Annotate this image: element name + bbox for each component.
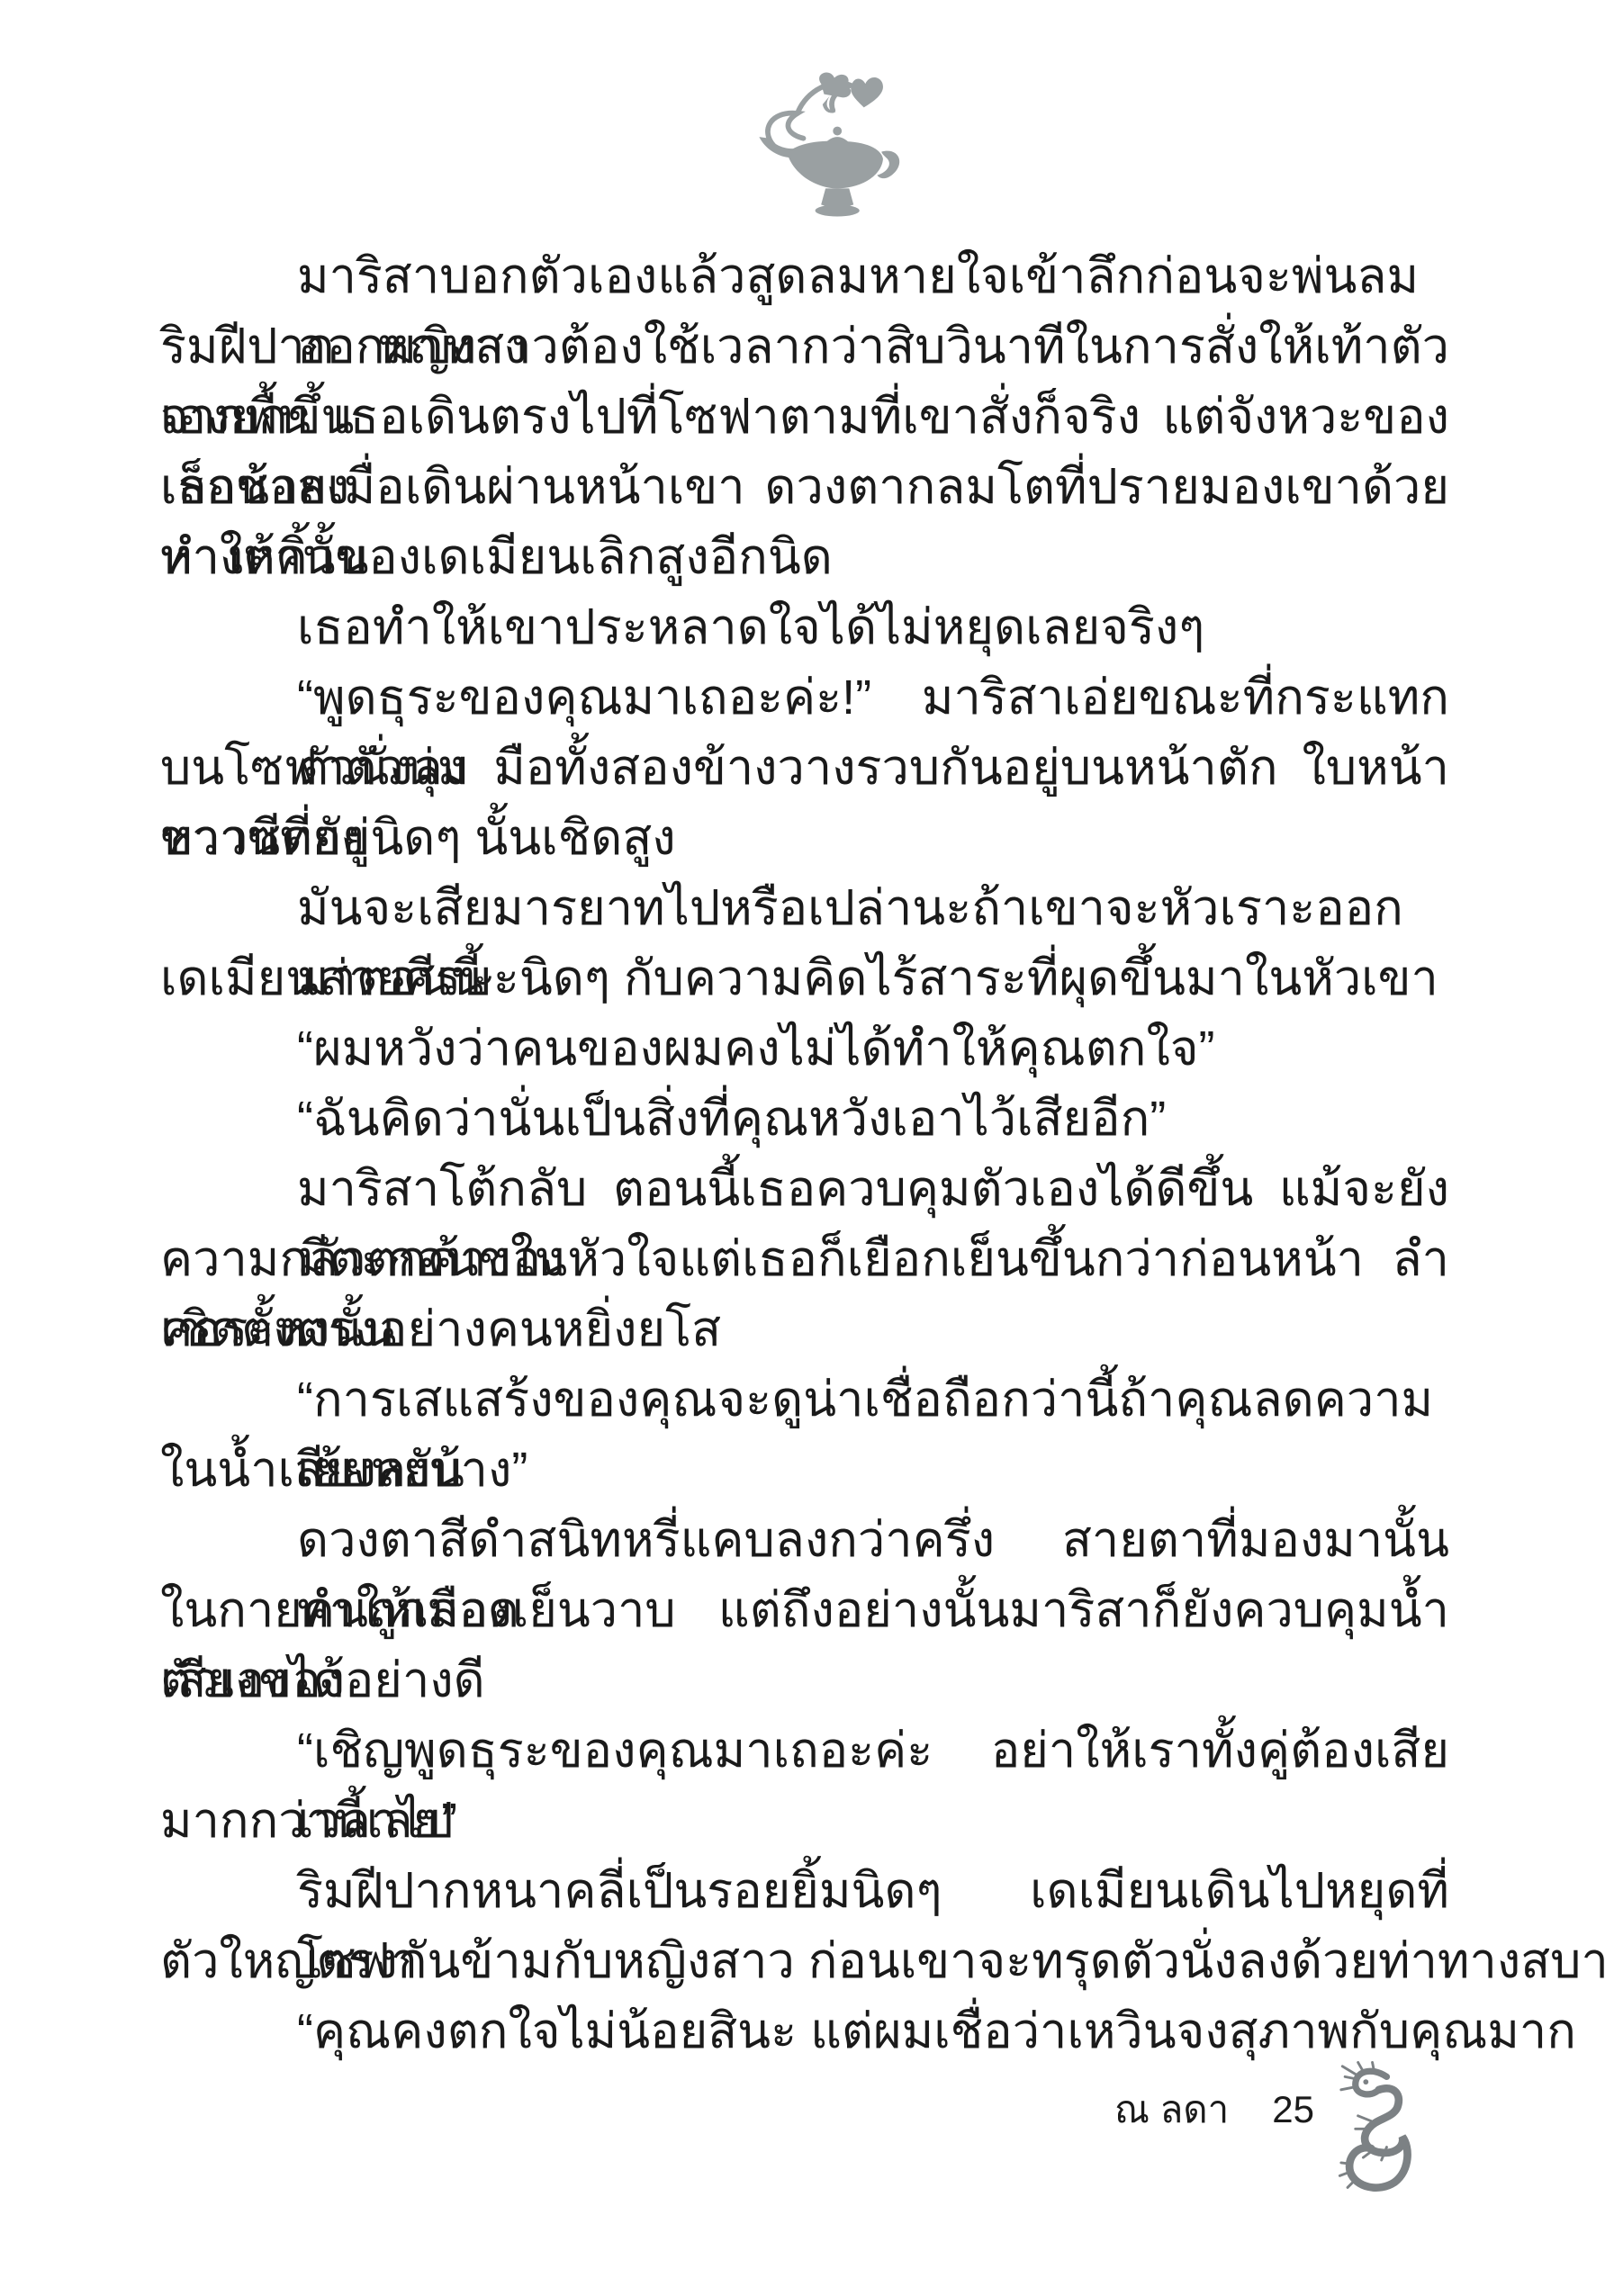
paragraph: “พูดธุระของคุณมาเถอะค่ะ!” มาริสาเอ่ยขณะท… bbox=[160, 662, 1449, 873]
text-line: บนโซฟาตัวนุ่ม มือทั้งสองข้างวางรวบกันอยู… bbox=[160, 733, 1449, 803]
paragraph: “ผมหวังว่าคนของผมคงไม่ได้ทำให้คุณตกใจ” bbox=[160, 1013, 1449, 1084]
text-line: ทำให้คิ้วของเดเมียนเลิกสูงอีกนิด bbox=[160, 522, 1449, 592]
page-text: มาริสาบอกตัวเองแล้วสูดลมหายใจเข้าลึกก่อน… bbox=[160, 241, 1449, 2066]
text-line: “พูดธุระของคุณมาเถอะค่ะ!” มาริสาเอ่ยขณะท… bbox=[160, 662, 1449, 733]
paragraph: “เชิญพูดธุระของคุณมาเถอะค่ะ อย่าให้เราทั… bbox=[160, 1715, 1449, 1856]
paragraph: ริมฝีปากหนาคลี่เป็นรอยยิ้มนิดๆ เดเมียนเด… bbox=[160, 1856, 1449, 1996]
paragraph: ดวงตาสีดำสนิทหรี่แคบลงกว่าครึ่ง สายตาที่… bbox=[160, 1505, 1449, 1715]
book-page: มาริสาบอกตัวเองแล้วสูดลมหายใจเข้าลึกก่อน… bbox=[0, 0, 1605, 2296]
text-line: ริมฝีปากหนาคลี่เป็นรอยยิ้มนิดๆ เดเมียนเด… bbox=[160, 1856, 1449, 1926]
text-line: มากกว่านี้เลย” bbox=[160, 1786, 1449, 1856]
page-footer: ณ ลดา25 bbox=[1114, 2083, 1314, 2137]
dragon-icon bbox=[1332, 2061, 1415, 2198]
text-line: ความกลัวตกค้างในหัวใจแต่เธอก็เยือกเย็นขึ… bbox=[160, 1224, 1449, 1294]
genie-lamp-drawing bbox=[754, 72, 906, 227]
text-line: “ฉันคิดว่านั่นเป็นสิ่งที่คุณหวังเอาไว้เส… bbox=[160, 1084, 1449, 1154]
text-line: ตัวใหญ่ตรงกันข้ามกับหญิงสาว ก่อนเขาจะทรุ… bbox=[160, 1926, 1449, 1996]
text-line: มันจะเสียมารยาทไปหรือเปล่านะถ้าเขาจะหัวเ… bbox=[160, 873, 1449, 943]
genie-lamp-icon bbox=[754, 72, 906, 227]
text-line: มาริสาโต้กลับ ตอนนี้เธอควบคุมตัวเองได้ดี… bbox=[160, 1154, 1449, 1224]
paragraph: “คุณคงตกใจไม่น้อยสินะ แต่ผมเชื่อว่าเหวิน… bbox=[160, 1996, 1449, 2066]
paragraph: มันจะเสียมารยาทไปหรือเปล่านะถ้าเขาจะหัวเ… bbox=[160, 873, 1449, 1013]
author-name: ณ ลดา bbox=[1114, 2088, 1229, 2130]
text-line: “การเสแสร้งของคุณจะดูน่าเชื่อถือกว่านี้ถ… bbox=[160, 1364, 1449, 1435]
paragraph: มาริสาบอกตัวเองแล้วสูดลมหายใจเข้าลึกก่อน… bbox=[160, 241, 1449, 592]
paragraph: เธอทำให้เขาประหลาดใจได้ไม่หยุดเลยจริงๆ bbox=[160, 592, 1449, 662]
text-line: ริมฝีปาก หญิงสาวต้องใช้เวลากว่าสิบวินาที… bbox=[160, 311, 1449, 382]
paragraph: “ฉันคิดว่านั่นเป็นสิ่งที่คุณหวังเอาไว้เส… bbox=[160, 1084, 1449, 1154]
text-line: เธอทำให้เขาประหลาดใจได้ไม่หยุดเลยจริงๆ bbox=[160, 592, 1449, 662]
page-number: 25 bbox=[1272, 2088, 1314, 2130]
text-line: ในน้ำเสียงลงบ้าง” bbox=[160, 1435, 1449, 1505]
text-line: มาริสาบอกตัวเองแล้วสูดลมหายใจเข้าลึกก่อน… bbox=[160, 241, 1449, 311]
text-line: “คุณคงตกใจไม่น้อยสินะ แต่ผมเชื่อว่าเหวิน… bbox=[160, 1996, 1449, 2066]
text-line: จากพื้น เธอเดินตรงไปที่โซฟาตามที่เขาสั่ง… bbox=[160, 382, 1449, 452]
text-line: ขาวซีดอยู่นิดๆ นั้นเชิดสูง bbox=[160, 803, 1449, 873]
text-line: เดเมียนส่ายศีรษะนิดๆ กับความคิดไร้สาระที… bbox=[160, 943, 1449, 1013]
text-line: ตัวเองได้อย่างดี bbox=[160, 1645, 1449, 1715]
dragon-drawing bbox=[1332, 2061, 1415, 2198]
text-line: เชิดตั้งตรงอย่างคนหยิ่งยโส bbox=[160, 1294, 1449, 1364]
text-line: “เชิญพูดธุระของคุณมาเถอะค่ะ อย่าให้เราทั… bbox=[160, 1715, 1449, 1786]
text-line: ดวงตาสีดำสนิทหรี่แคบลงกว่าครึ่ง สายตาที่… bbox=[160, 1505, 1449, 1575]
paragraph: มาริสาโต้กลับ ตอนนี้เธอควบคุมตัวเองได้ดี… bbox=[160, 1154, 1449, 1364]
text-line: ในกายคนถูกมองเย็นวาบ แต่ถึงอย่างนั้นมาริ… bbox=[160, 1575, 1449, 1645]
text-line: “ผมหวังว่าคนของผมคงไม่ได้ทำให้คุณตกใจ” bbox=[160, 1013, 1449, 1084]
text-line: เล็กน้อยเมื่อเดินผ่านหน้าเขา ดวงตากลมโตท… bbox=[160, 452, 1449, 522]
paragraph: “การเสแสร้งของคุณจะดูน่าเชื่อถือกว่านี้ถ… bbox=[160, 1364, 1449, 1505]
